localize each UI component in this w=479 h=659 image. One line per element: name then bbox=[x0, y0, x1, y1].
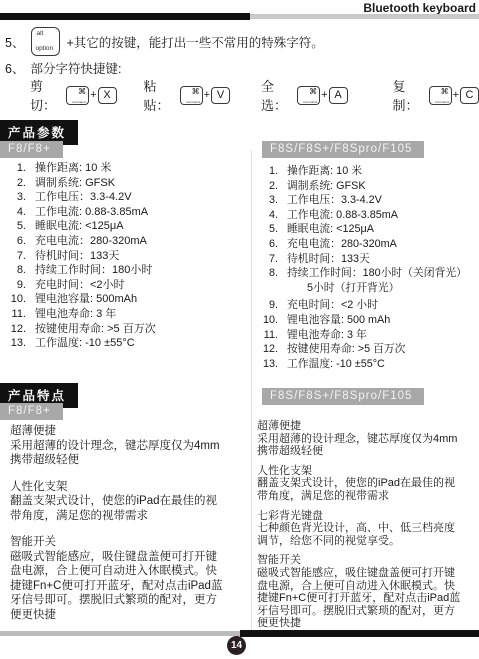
key-a: A bbox=[329, 87, 348, 104]
spec-row: 13.工作温度: -10 ±55°C bbox=[262, 357, 478, 372]
spec-row: 13.工作温度: -10 ±55°C bbox=[10, 336, 248, 351]
spec-row: 3.工作电压：3.3-4.2V bbox=[10, 190, 248, 205]
command-word: command bbox=[72, 100, 83, 103]
command-word: command bbox=[186, 100, 197, 103]
key-c: C bbox=[460, 87, 479, 104]
page-header-title: Bluetooth keyboard bbox=[363, 1, 476, 15]
model-badge-f8: F8/F8+ bbox=[0, 141, 63, 158]
shortcut-paste: 粘贴： ⌘ command + V bbox=[144, 76, 231, 114]
spec-row: 10.锂电池容量: 500 mAh bbox=[262, 313, 478, 328]
spec-row: 4.工作电流: 0.88-3.85mA bbox=[262, 208, 478, 223]
footer-rule-grey bbox=[0, 631, 240, 636]
shortcut-label: 全选： bbox=[261, 76, 296, 114]
command-word: command bbox=[435, 100, 446, 103]
spec-text-line2: 5小时（打开背光） bbox=[307, 281, 478, 296]
spec-list-f8: 1.操作距离: 10 米 2.调制系统: GFSK 3.工作电压：3.3-4.2… bbox=[10, 161, 248, 351]
spec-row: 8. 持续工作时间：180小时（关闭背光） 5小时（打开背光） bbox=[262, 266, 478, 295]
shortcut-label: 粘贴： bbox=[144, 76, 179, 114]
spec-row: 9.充电时间：<2 小时 bbox=[262, 298, 478, 313]
item-number: 6、 bbox=[5, 59, 24, 77]
key-v: V bbox=[211, 87, 230, 104]
feature-heading: 智能开关 bbox=[257, 554, 478, 567]
spec-row: 11.锂电池寿命: 3 年 bbox=[262, 328, 478, 343]
spec-row: 7.待机时间：133天 bbox=[262, 252, 478, 267]
feature-body: 翻盖支架式设计，使您的iPad在最佳的视 带角度，满足您的视带需求 bbox=[257, 477, 478, 502]
item-number: 5、 bbox=[5, 33, 24, 51]
command-word: command bbox=[303, 100, 314, 103]
feature-block: 人性化支架 翻盖支架式设计，使您的iPad在最佳的视 带角度，满足您的视带需求 bbox=[10, 480, 250, 524]
item-text: +其它的按键，能打出一些不常用的特殊字符。 bbox=[66, 33, 323, 51]
feature-body: 七种颜色背光设计，高、中、低三档亮度 调节，给您不同的视觉享受。 bbox=[257, 522, 478, 547]
model-badge-f8-features: F8/F8+ bbox=[0, 403, 63, 420]
spec-row: 2.调制系统: GFSK bbox=[10, 176, 248, 191]
footer-rule-black bbox=[240, 630, 479, 637]
spec-list-f8s: 1.操作距离: 10 米 2.调制系统: GFSK 3.工作电压：3.3-4.2… bbox=[262, 164, 478, 371]
spec-row: 3.工作电压：3.3-4.2V bbox=[262, 193, 478, 208]
spec-row: 5.睡眠电流: <125μA bbox=[10, 219, 248, 234]
plus-sign: + bbox=[321, 89, 327, 101]
list-item-5: 5、 alt option +其它的按键，能打出一些不常用的特殊字符。 bbox=[5, 27, 324, 56]
feature-body: 磁吸式智能感应，吸住键盘盖便可打开键 盘电源，合上便可自动进入休眠模式。快 捷键… bbox=[257, 567, 478, 630]
spec-row: 9.充电时间：<2小时 bbox=[10, 278, 248, 293]
feature-heading: 超薄便捷 bbox=[257, 420, 478, 433]
feature-heading: 七彩背光键盘 bbox=[257, 510, 478, 523]
feature-block: 七彩背光键盘 七种颜色背光设计，高、中、低三档亮度 调节，给您不同的视觉享受。 bbox=[257, 510, 478, 548]
command-key-icon: ⌘ command bbox=[297, 86, 320, 105]
spec-row: 10.锂电池容量: 500mAh bbox=[10, 292, 248, 307]
spec-row: 1.操作距离: 10 米 bbox=[10, 161, 248, 176]
spec-row: 5.睡眠电流: <125μA bbox=[262, 222, 478, 237]
plus-sign: + bbox=[453, 89, 459, 101]
shortcut-copy: 复制： ⌘ command + C bbox=[393, 76, 479, 114]
command-symbol: ⌘ bbox=[441, 87, 449, 96]
spec-row: 12.按键使用寿命: >5 百万次 bbox=[262, 342, 478, 357]
plus-sign: + bbox=[204, 89, 210, 101]
item-text: 部分字符快捷键: bbox=[30, 59, 121, 77]
plus-sign: + bbox=[90, 89, 96, 101]
spec-row: 8.持续工作时间：180小时 bbox=[10, 263, 248, 278]
feature-heading: 人性化支架 bbox=[257, 465, 478, 478]
shortcut-cut: 剪切： ⌘ command + X bbox=[30, 76, 117, 114]
feature-heading: 人性化支架 bbox=[10, 480, 250, 495]
feature-block: 人性化支架 翻盖支架式设计，使您的iPad在最佳的视 带角度，满足您的视带需求 bbox=[257, 465, 478, 503]
shortcut-label: 剪切： bbox=[30, 76, 65, 114]
page-number-badge: 14 bbox=[227, 636, 246, 655]
spec-text-line1: 持续工作时间：180小时（关闭背光） bbox=[287, 266, 478, 281]
option-key-bottom-label: option bbox=[35, 45, 53, 52]
spec-row: 7.待机时间：133天 bbox=[10, 249, 248, 264]
feature-block: 超薄便捷 采用超薄的设计理念，键芯厚度仅为4mm 携带超级轻便 bbox=[10, 424, 250, 468]
feature-block: 智能开关 磁吸式智能感应，吸住键盘盖便可打开键 盘电源，合上便可自动进入休眠模式… bbox=[257, 554, 478, 630]
model-badge-f8s-features: F8S/F8S+/F8Spro/F105 bbox=[262, 388, 424, 405]
command-key-icon: ⌘ command bbox=[429, 86, 452, 105]
model-badge-f8s: F8S/F8S+/F8Spro/F105 bbox=[262, 141, 424, 158]
shortcut-select-all: 全选： ⌘ command + A bbox=[261, 76, 348, 114]
feature-body: 采用超薄的设计理念，键芯厚度仅为4mm 携带超级轻便 bbox=[10, 439, 250, 468]
command-symbol: ⌘ bbox=[192, 87, 200, 96]
option-key-top-label: alt bbox=[36, 30, 43, 37]
shortcut-label: 复制： bbox=[393, 76, 428, 114]
feature-block: 超薄便捷 采用超薄的设计理念，键芯厚度仅为4mm 携带超级轻便 bbox=[257, 420, 478, 458]
spec-row: 2.调制系统: GFSK bbox=[262, 179, 478, 194]
key-x: X bbox=[98, 87, 117, 104]
column-divider bbox=[251, 150, 252, 631]
command-symbol: ⌘ bbox=[309, 87, 317, 96]
spec-row: 11.锂电池寿命: 3 年 bbox=[10, 307, 248, 322]
option-key-icon: alt option bbox=[31, 27, 60, 56]
feature-body: 翻盖支架式设计，使您的iPad在最佳的视 带角度，满足您的视带需求 bbox=[10, 494, 250, 523]
feature-heading: 超薄便捷 bbox=[10, 424, 250, 439]
feature-block: 智能开关 磁吸式智能感应，吸住键盘盖便可打开键 盘电源，合上便可自动进入休眠模式… bbox=[10, 535, 250, 622]
feature-body: 磁吸式智能感应，吸住键盘盖便可打开键 盘电源，合上便可自动进入休眠模式。快 捷键… bbox=[10, 550, 250, 623]
feature-heading: 智能开关 bbox=[10, 535, 250, 550]
feature-list-f8s: 超薄便捷 采用超薄的设计理念，键芯厚度仅为4mm 携带超级轻便 人性化支架 翻盖… bbox=[257, 420, 478, 637]
spec-row: 1.操作距离: 10 米 bbox=[262, 164, 478, 179]
list-item-6: 6、 部分字符快捷键: bbox=[5, 59, 121, 77]
header-rule-black bbox=[0, 13, 250, 20]
spec-row: 12.按键使用寿命: >5 百万次 bbox=[10, 322, 248, 337]
spec-row: 6.充电电流：280-320mA bbox=[262, 237, 478, 252]
command-key-icon: ⌘ command bbox=[180, 86, 203, 105]
command-key-icon: ⌘ command bbox=[66, 86, 89, 105]
header-rule-grey bbox=[250, 14, 479, 19]
spec-row: 4.工作电流: 0.88-3.85mA bbox=[10, 205, 248, 220]
shortcut-row: 剪切： ⌘ command + X 粘贴： ⌘ command + V 全选： … bbox=[0, 76, 479, 114]
command-symbol: ⌘ bbox=[78, 87, 86, 96]
feature-body: 采用超薄的设计理念，键芯厚度仅为4mm 携带超级轻便 bbox=[257, 433, 478, 458]
feature-list-f8: 超薄便捷 采用超薄的设计理念，键芯厚度仅为4mm 携带超级轻便 人性化支架 翻盖… bbox=[10, 424, 250, 634]
manual-page: Bluetooth keyboard 5、 alt option +其它的按键，… bbox=[0, 0, 479, 659]
spec-row: 6.充电电流：280-320mA bbox=[10, 234, 248, 249]
